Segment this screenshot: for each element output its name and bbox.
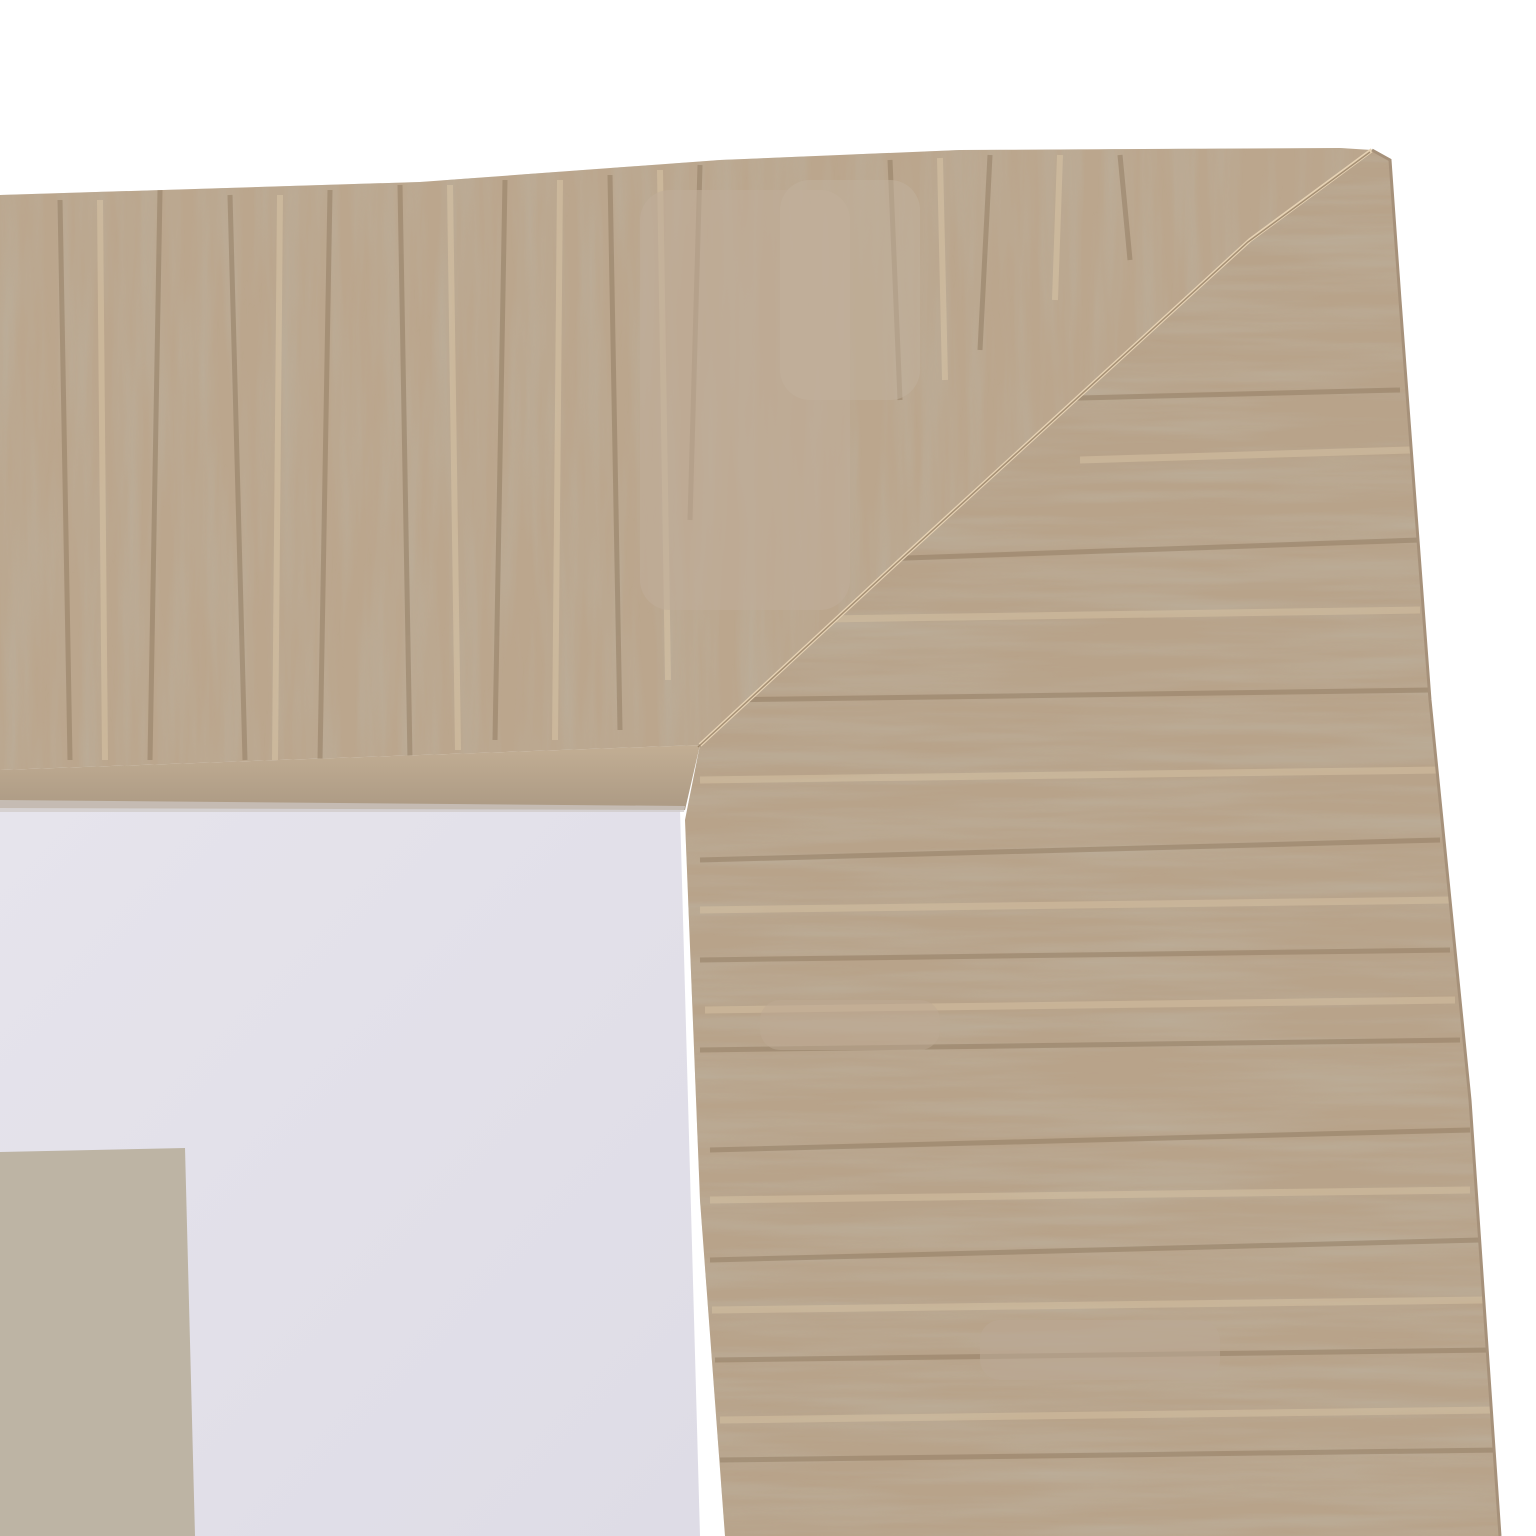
photo-placeholder xyxy=(0,1148,195,1536)
frame-illustration xyxy=(0,0,1536,1536)
product-photo xyxy=(0,0,1536,1536)
